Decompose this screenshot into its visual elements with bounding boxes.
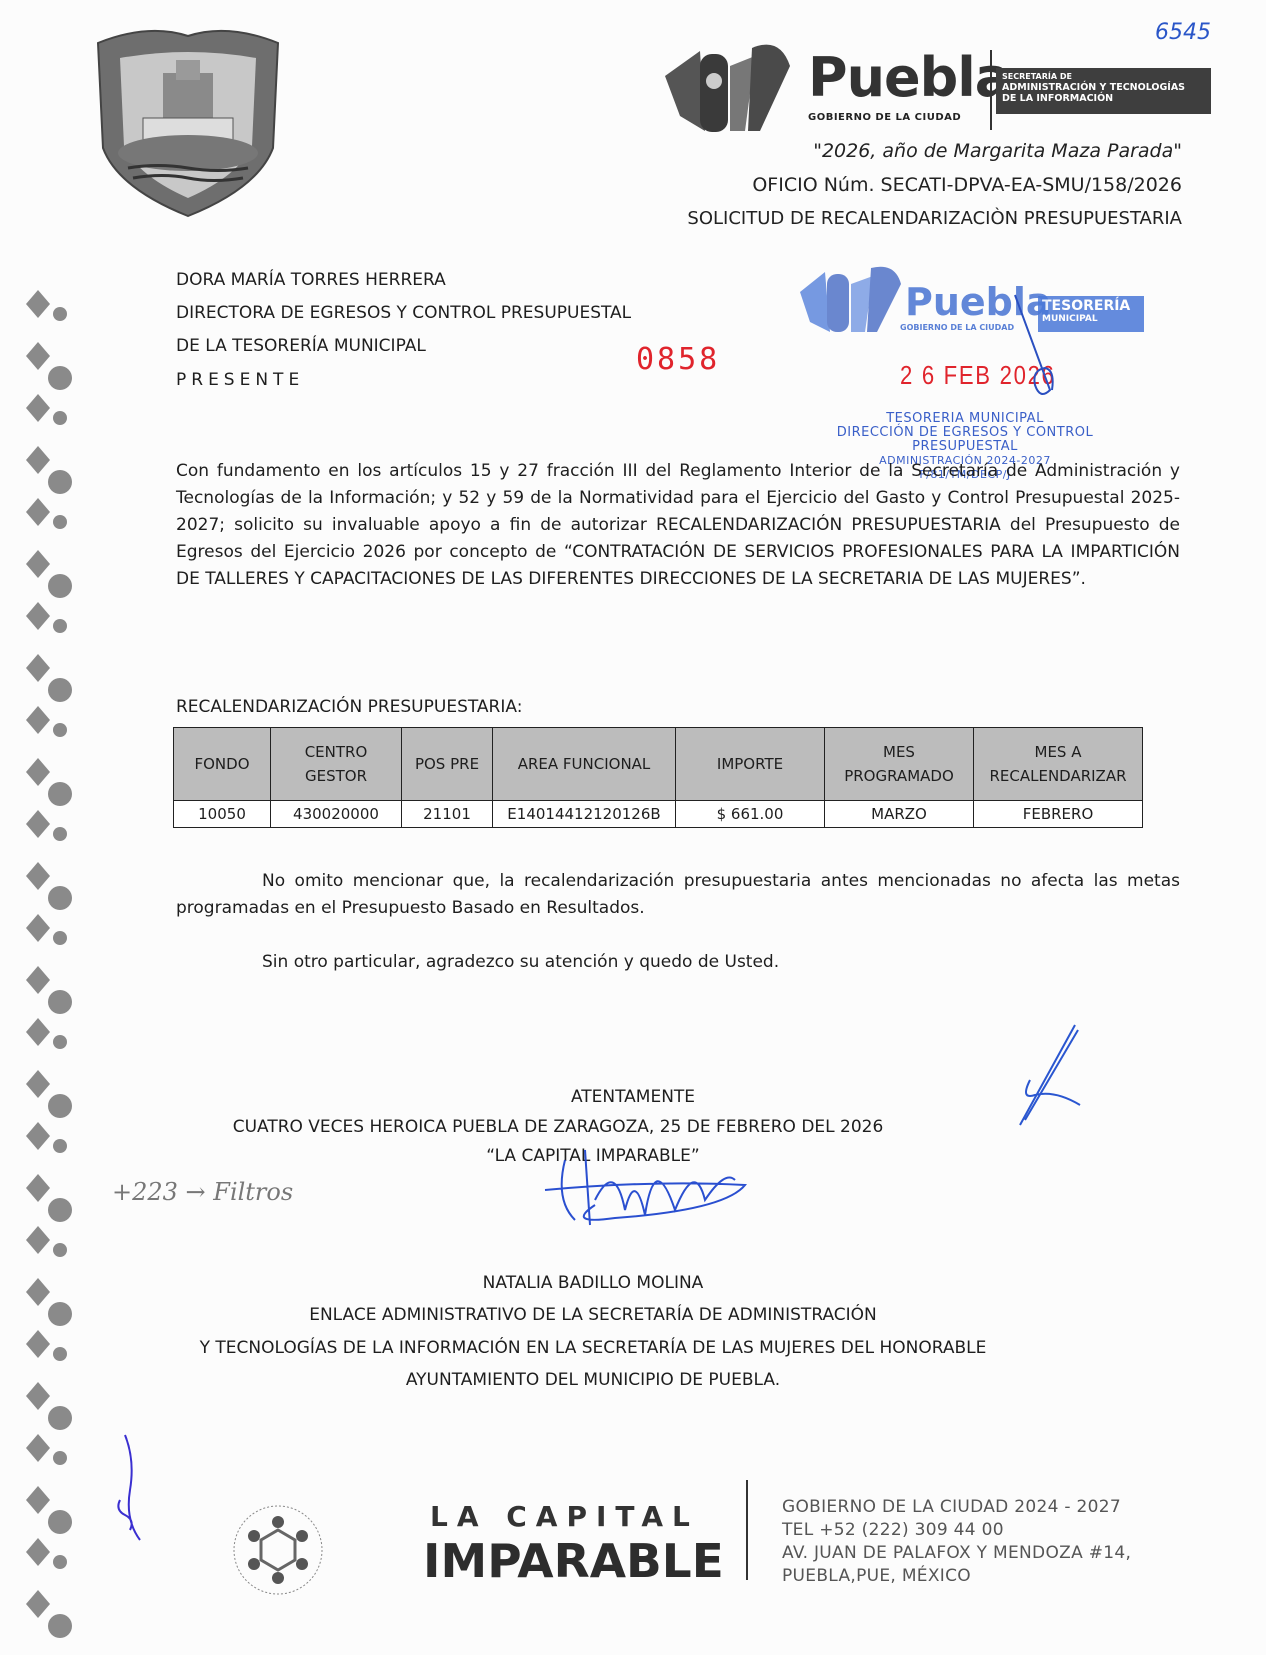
- body-paragraph-2: No omito mencionar que, la recalendariza…: [176, 868, 1180, 922]
- header-mes-programado: MES PROGRAMADO: [825, 728, 974, 801]
- footer-info-3: AV. JUAN DE PALAFOX Y MENDOZA #14,: [782, 1542, 1131, 1565]
- signer-title-1: ENLACE ADMINISTRATIVO DE LA SECRETARÍA D…: [0, 1305, 1226, 1325]
- oficio-number: OFICIO Núm. SECATI-DPVA-EA-SMU/158/2026: [752, 174, 1182, 196]
- slogan-bottom: IMPARABLE: [423, 1534, 724, 1588]
- secretaria-label: SECRETARÍA DE ADMINISTRACIÓN Y TECNOLOGÍ…: [996, 68, 1211, 114]
- header-importe: IMPORTE: [676, 728, 825, 801]
- stamp-brand: Puebla: [905, 280, 1052, 324]
- handwritten-number: 6545: [1155, 20, 1211, 45]
- footer-info-4: PUEBLA,PUE, MÉXICO: [782, 1565, 1131, 1588]
- header-pos-pre: POS PRE: [402, 728, 493, 801]
- addressee-name: DORA MARÍA TORRES HERRERA: [176, 270, 446, 290]
- slogan-top: LA CAPITAL: [430, 1500, 699, 1533]
- margin-initial-icon: [110, 1430, 160, 1550]
- header-area-funcional: AREA FUNCIONAL: [493, 728, 676, 801]
- footer-contact-info: GOBIERNO DE LA CIUDAD 2024 - 2027 TEL +5…: [782, 1496, 1131, 1588]
- body-paragraph-1: Con fundamento en los artículos 15 y 27 …: [176, 458, 1180, 593]
- cell-mes-recalendarizar: FEBRERO: [974, 801, 1143, 828]
- cell-importe: $ 661.00: [676, 801, 825, 828]
- table-header-row: FONDO CENTRO GESTOR POS PRE AREA FUNCION…: [174, 728, 1143, 801]
- footer-info-2: TEL +52 (222) 309 44 00: [782, 1519, 1131, 1542]
- cell-area-funcional: E14014412120126B: [493, 801, 676, 828]
- cell-mes-programado: MARZO: [825, 801, 974, 828]
- addressee-title-2: DE LA TESORERÍA MUNICIPAL: [176, 336, 426, 356]
- puebla-subtitle: GOBIERNO DE LA CIUDAD: [808, 112, 961, 123]
- secretaria-name-1: ADMINISTRACIÓN Y TECNOLOGÍAS: [1002, 82, 1205, 93]
- header-centro-gestor: CENTRO GESTOR: [271, 728, 402, 801]
- footer-divider: [746, 1480, 748, 1580]
- closing-regards: ATENTAMENTE: [0, 1087, 1266, 1107]
- signer-title-3: AYUNTAMIENTO DEL MUNICIPIO DE PUEBLA.: [0, 1370, 1226, 1390]
- decorative-border: [8, 290, 78, 1640]
- header-divider: [990, 50, 992, 130]
- stamp-office: TESORERÍA MUNICIPAL: [1038, 296, 1144, 332]
- stamp-office-1: TESORERÍA: [1042, 298, 1140, 314]
- budget-table: FONDO CENTRO GESTOR POS PRE AREA FUNCION…: [173, 727, 1143, 828]
- secretaria-name-2: DE LA INFORMACIÓN: [1002, 93, 1205, 104]
- approval-signature-icon: [1000, 1020, 1090, 1130]
- stamp-line-2: DIRECCIÓN DE EGRESOS Y CONTROL: [800, 426, 1130, 440]
- stamp-line-3: PRESUPUESTAL: [800, 440, 1130, 454]
- table-section-title: RECALENDARIZACIÓN PRESUPUESTARIA:: [176, 697, 522, 717]
- equality-certification-badge-icon: [228, 1500, 328, 1600]
- header-mes-recalendarizar: MES A RECALENDARIZAR: [974, 728, 1143, 801]
- secretaria-prefix: SECRETARÍA DE: [1002, 72, 1205, 82]
- addressee-title-1: DIRECTORA DE EGRESOS Y CONTROL PRESUPUES…: [176, 303, 631, 323]
- stamp-subtitle: GOBIERNO DE LA CIUDAD: [900, 323, 1014, 332]
- stamp-logo-icon: [795, 262, 905, 334]
- header-fondo: FONDO: [174, 728, 271, 801]
- la-capital-imparable-logo: LA CAPITAL IMPARABLE: [400, 1500, 710, 1590]
- handwritten-note: +223 → Filtros: [112, 1178, 293, 1206]
- stamp-line-1: TESORERIA MUNICIPAL: [800, 412, 1130, 426]
- closing-place-date: CUATRO VECES HEROICA PUEBLA DE ZARAGOZA,…: [0, 1117, 1191, 1137]
- puebla-city-logo-icon: [660, 36, 800, 136]
- puebla-brand: Puebla: [808, 48, 1010, 108]
- salutation: PRESENTE: [176, 370, 304, 390]
- signer-name: NATALIA BADILLO MOLINA: [0, 1273, 1226, 1293]
- coat-of-arms-icon: [88, 18, 288, 218]
- cell-fondo: 10050: [174, 801, 271, 828]
- closing-slogan: “LA CAPITAL IMPARABLE”: [0, 1146, 1226, 1166]
- table-row: 10050 430020000 21101 E14014412120126B $…: [174, 801, 1143, 828]
- document-subject: SOLICITUD DE RECALENDARIZACIÒN PRESUPUES…: [687, 208, 1182, 229]
- cell-pos-pre: 21101: [402, 801, 493, 828]
- cell-centro-gestor: 430020000: [271, 801, 402, 828]
- stamp-office-2: MUNICIPAL: [1042, 314, 1140, 324]
- footer-info-1: GOBIERNO DE LA CIUDAD 2024 - 2027: [782, 1496, 1131, 1519]
- stamp-date: 2 6 FEB 2026: [900, 360, 1056, 391]
- body-paragraph-3: Sin otro particular, agradezco su atenci…: [262, 952, 779, 972]
- signer-title-2: Y TECNOLOGÍAS DE LA INFORMACIÓN EN LA SE…: [0, 1338, 1226, 1358]
- folio-stamp: 0858: [636, 342, 720, 377]
- year-motto: "2026, año de Margarita Maza Parada": [813, 140, 1182, 162]
